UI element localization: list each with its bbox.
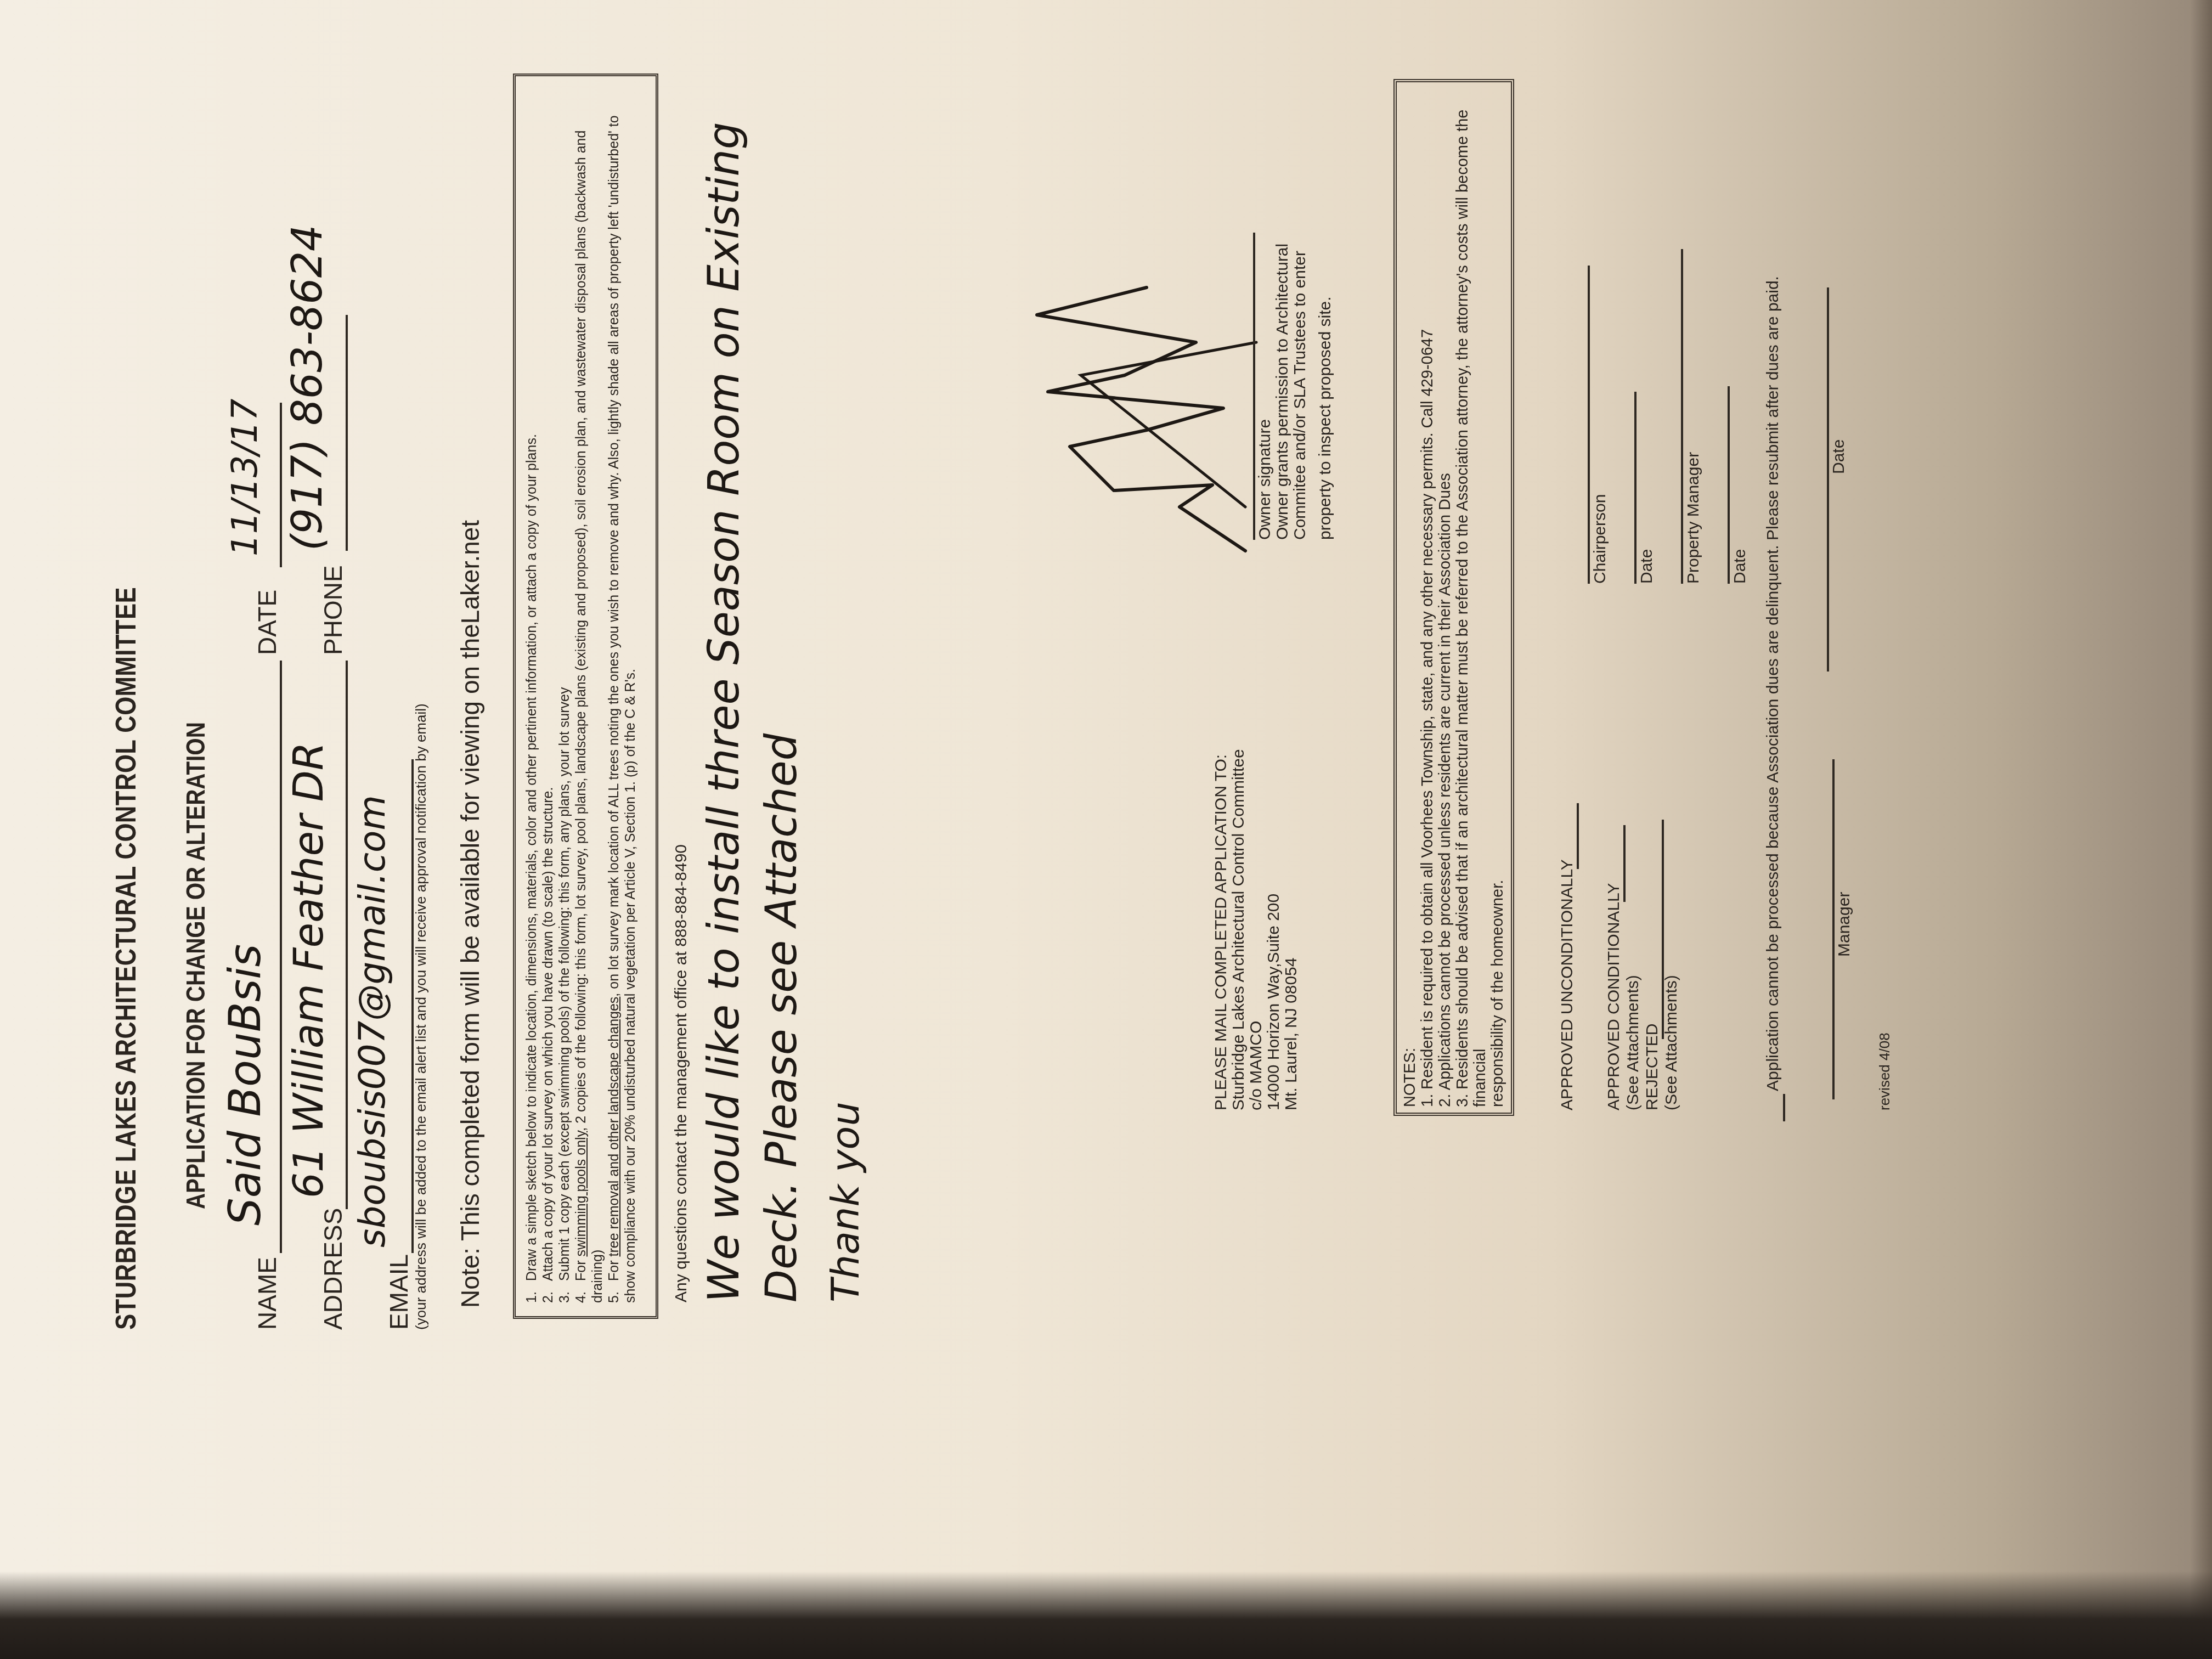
description-line-2: Deck. Please see Attached (757, 733, 806, 1302)
revision-tag: revised 4/08 (1876, 1032, 1893, 1110)
questions-line: Any questions contact the management off… (672, 844, 691, 1302)
manager-date-label: Date (1830, 439, 1848, 474)
notes-item: 2. Applications cannot be processed unle… (1436, 88, 1454, 1107)
address-label: ADDRESS (318, 1208, 348, 1330)
owner-signature-scrawl (1015, 266, 1278, 573)
email-caption: (your address will be added to the email… (413, 703, 430, 1330)
owner-signature-label: Owner signature (1256, 244, 1274, 540)
chairperson-date-field[interactable] (1616, 392, 1637, 584)
email-label: EMAIL (384, 1254, 414, 1330)
phone-label: PHONE (318, 565, 348, 655)
mail-to-line: 14000 Horizon Way,Suite 200 (1265, 749, 1283, 1110)
instruction-item: 4.For swimming pools only, 2 copies of t… (573, 86, 606, 1306)
approval-conditional-field[interactable] (1605, 825, 1626, 902)
form-title: STURBRIDGE LAKES ARCHITECTURAL CONTROL C… (110, 587, 143, 1330)
approval-conditional-label: APPROVED CONDITIONALLY (1605, 883, 1623, 1110)
application-form: STURBRIDGE LAKES ARCHITECTURAL CONTROL C… (0, 0, 2212, 1659)
chairperson-signature-field[interactable] (1569, 266, 1590, 584)
description-line-1: We would like to install three Season Ro… (699, 122, 749, 1302)
mail-to-line: Sturbridge Lakes Architectural Control C… (1230, 749, 1248, 1110)
photo-background: STURBRIDGE LAKES ARCHITECTURAL CONTROL C… (0, 0, 2212, 1659)
instruction-item: 2.Attach a copy of your lot survey on wh… (540, 86, 556, 1306)
owner-permission-line: Commitee and/or SLA Trustees to enter (1291, 244, 1309, 540)
name-label: NAME (252, 1257, 282, 1330)
owner-permission-line: Owner grants permission to Architectural (1274, 244, 1291, 540)
property-manager-signature-field[interactable] (1662, 249, 1683, 584)
notes-item: 3. Residents should be advised that if a… (1454, 88, 1489, 1107)
note-line: Note: This completed form will be availa… (455, 520, 485, 1308)
manager-label: Manager (1835, 892, 1854, 957)
date-label: DATE (252, 590, 282, 655)
chairperson-label: Chairperson (1591, 494, 1610, 584)
owner-signature-block: Owner signature Owner grants permission … (1256, 244, 1334, 540)
delinquent-checkbox-line[interactable] (1767, 1094, 1785, 1121)
mail-to-heading: PLEASE MAIL COMPLETED APPLICATION TO: (1212, 749, 1230, 1110)
chairperson-date-label: Date (1638, 549, 1656, 584)
property-manager-date-field[interactable] (1709, 386, 1730, 584)
manager-signature-field[interactable] (1816, 759, 1835, 1099)
rejected-sub: (See Attachments) (1662, 975, 1681, 1110)
approval-unconditional-label: APPROVED UNCONDITIONALLY (1558, 859, 1577, 1110)
instruction-item: 3.Submit 1 copy each (except swimming po… (556, 86, 573, 1306)
notes-heading: NOTES: (1401, 88, 1419, 1107)
mail-to-line: c/o MAMCO (1248, 749, 1265, 1110)
notes-item: 1. Resident is required to obtain all Vo… (1419, 88, 1436, 1107)
approval-conditional-sub: (See Attachments) (1624, 975, 1643, 1110)
email-value: sboubsis007@gmail.com (351, 795, 393, 1248)
description-line-3: Thank you (823, 1102, 868, 1302)
name-value: Said BouBsis (219, 944, 270, 1226)
form-subtitle: APPLICATION FOR CHANGE OR ALTERATION (181, 722, 211, 1209)
notes-box: NOTES: 1. Resident is required to obtain… (1393, 79, 1514, 1116)
property-manager-date-label: Date (1731, 549, 1750, 584)
notes-item: responsibility of the homeowner. (1489, 88, 1506, 1107)
instruction-item: 5.For tree removal and other landscape c… (606, 86, 639, 1306)
mail-to-block: PLEASE MAIL COMPLETED APPLICATION TO: St… (1212, 749, 1300, 1110)
phone-value: (917) 863-8624 (283, 225, 331, 551)
approval-unconditional-field[interactable] (1558, 803, 1579, 869)
rejected-field[interactable] (1643, 820, 1664, 1039)
manager-date-field[interactable] (1810, 287, 1829, 672)
date-value: 11/13/17 (225, 399, 266, 556)
instruction-item: 1.Draw a simple sketch below to indicate… (523, 86, 540, 1306)
owner-permission-line: property to inspect proposed site. (1317, 244, 1334, 540)
mail-to-line: Mt. Laurel, NJ 08054 (1283, 749, 1300, 1110)
property-manager-label: Property Manager (1684, 452, 1703, 584)
address-value: 61 William Feather DR (285, 742, 332, 1198)
delinquent-notice: Application cannot be processed because … (1764, 276, 1782, 1091)
owner-signature-field[interactable] (1251, 233, 1255, 540)
instructions-box: 1.Draw a simple sketch below to indicate… (513, 74, 658, 1319)
